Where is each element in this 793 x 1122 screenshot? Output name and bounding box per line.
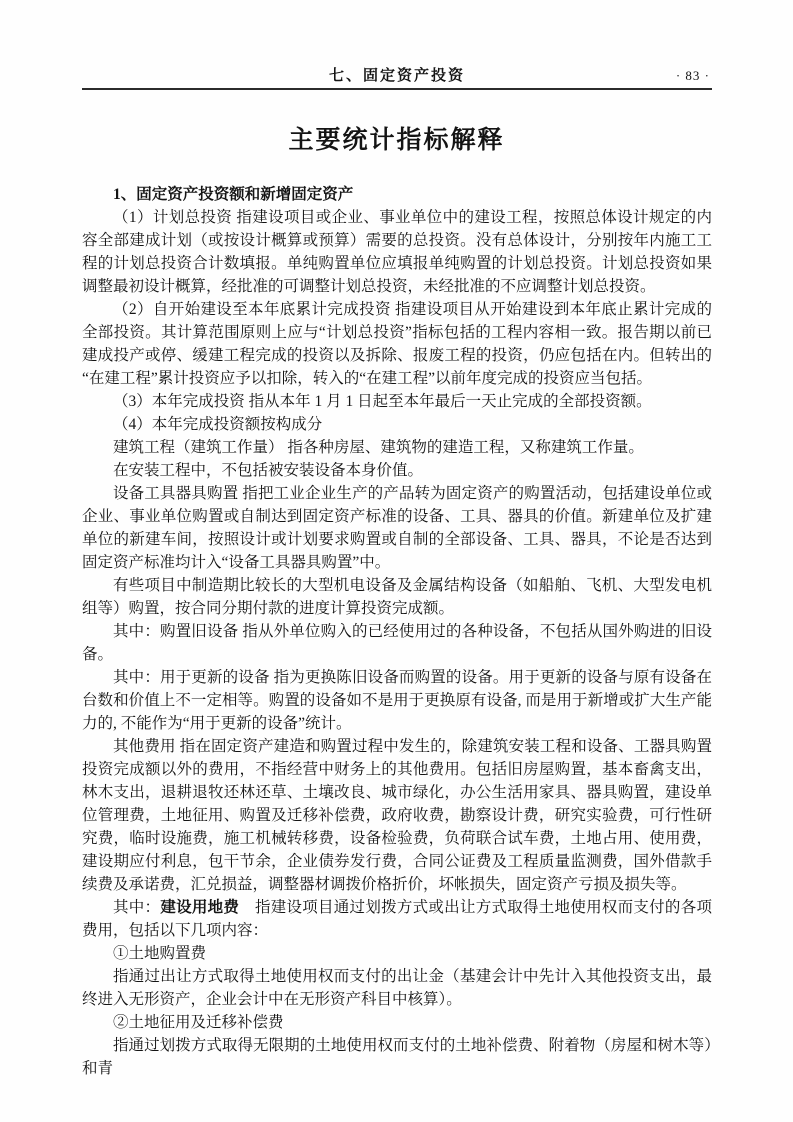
paragraph-land-requisition-body: 指通过划拨方式取得无限期的土地使用权而支付的土地补偿费、附着物（房屋和树木等）和… xyxy=(82,1034,712,1080)
chapter-title: 七、固定资产投资 xyxy=(329,68,465,84)
page-header: 七、固定资产投资 · 83 · xyxy=(82,0,712,90)
paragraph-land-requisition-heading: ②土地征用及迁移补偿费 xyxy=(82,1011,712,1034)
body-text: 1、固定资产投资额和新增固定资产 （1）计划总投资 指建设项目或企业、事业单位中… xyxy=(82,183,712,1080)
paragraph-other-expenses: 其他费用 指在固定资产建造和购置过程中发生的，除建筑安装工程和设备、工器具购置投… xyxy=(82,735,712,896)
document-page: 七、固定资产投资 · 83 · 主要统计指标解释 1、固定资产投资额和新增固定资… xyxy=(0,0,793,1122)
paragraph-land-purchase-fee-body: 指通过出让方式取得土地使用权而支付的出让金（基建会计中先计入其他投资支出，最终进… xyxy=(82,965,712,1011)
paragraph-equipment-purchase: 设备工具器具购置 指把工业企业生产的产品转为固定资产的购置活动，包括建设单位或企… xyxy=(82,482,712,574)
paragraph-construction-land-fee: 其中：建设用地费 指建设项目通过划拨方式或出让方式取得土地使用权而支付的各项费用… xyxy=(82,896,712,942)
paragraph-composition-heading: （4）本年完成投资额按构成分 xyxy=(82,413,712,436)
paragraph-long-manufacture-equipment: 有些项目中制造期比较长的大型机电设备及金属结构设备（如船舶、飞机、大型发电机组等… xyxy=(82,574,712,620)
paragraph-used-equipment: 其中：购置旧设备 指从外单位购入的已经使用过的各种设备，不包括从国外购进的旧设备… xyxy=(82,620,712,666)
paragraph-renewal-equipment: 其中：用于更新的设备 指为更换陈旧设备而购置的设备。用于更新的设备与原有设备在台… xyxy=(82,666,712,735)
paragraph-current-year-investment: （3）本年完成投资 指从本年 1 月 1 日起至本年最后一天止完成的全部投资额。 xyxy=(82,390,712,413)
paragraph-construction-work: 建筑工程（建筑工作量） 指各种房屋、建筑物的建造工程，又称建筑工作量。 xyxy=(82,436,712,459)
paragraph-installation-note: 在安装工程中，不包括被安装设备本身价值。 xyxy=(82,459,712,482)
paragraph-cumulative-investment: （2）自开始建设至本年底累计完成投资 指建设项目从开始建设到本年底止累计完成的全… xyxy=(82,298,712,390)
page-title: 主要统计指标解释 xyxy=(0,120,793,156)
page-number: · 83 · xyxy=(676,68,710,84)
paragraph-planned-total-investment: （1）计划总投资 指建设项目或企业、事业单位中的建设工程，按照总体设计规定的内容… xyxy=(82,206,712,298)
paragraph-land-purchase-fee-heading: ①土地购置费 xyxy=(82,942,712,965)
section-heading: 1、固定资产投资额和新增固定资产 xyxy=(82,183,712,206)
